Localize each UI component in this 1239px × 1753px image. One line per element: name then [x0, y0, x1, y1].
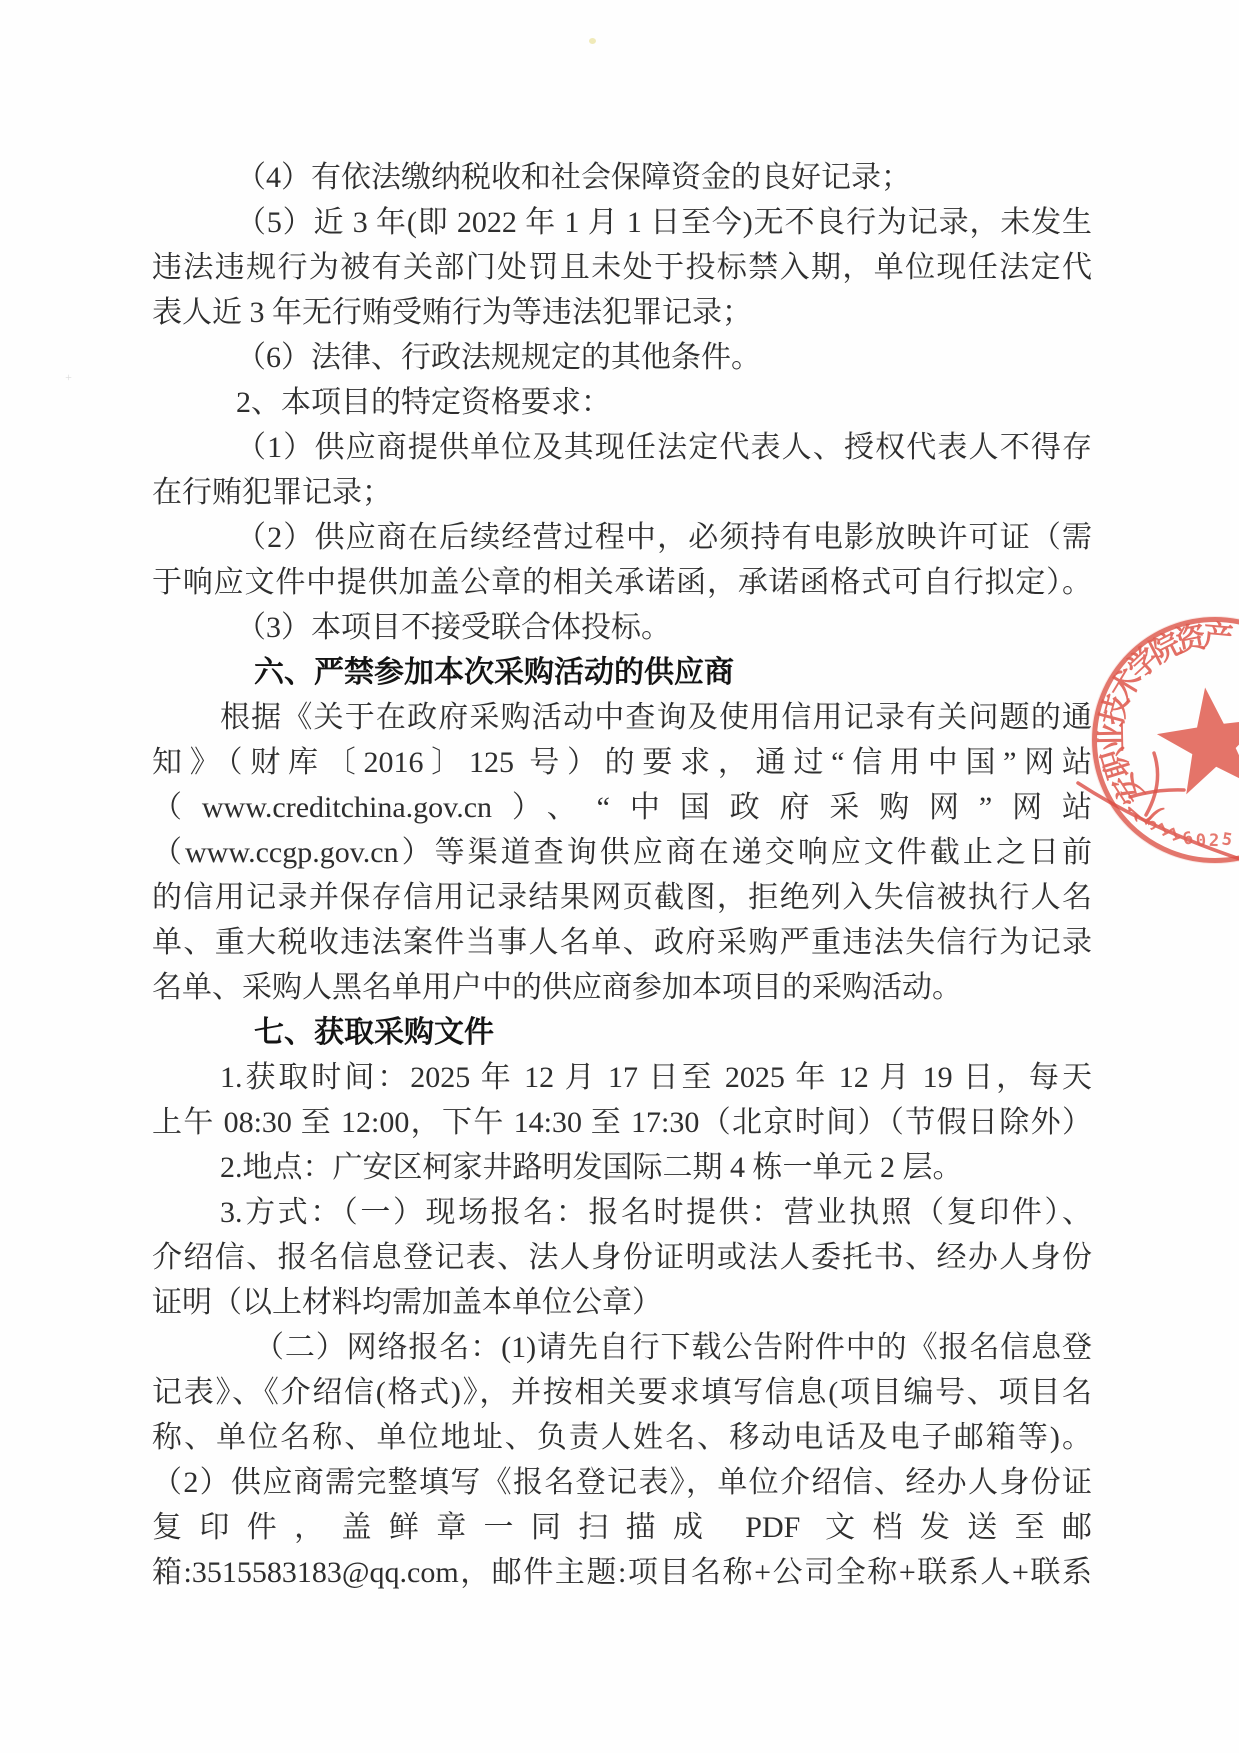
seal-arc-char: 术: [1106, 664, 1147, 705]
seal-arc-char: 安: [1108, 767, 1149, 808]
scan-artifact-dot: [589, 38, 596, 44]
seal-arc-char: 技: [1098, 692, 1135, 729]
doc-line: 复印件，盖鲜章一同扫描成 PDF 文档发送至邮: [152, 1505, 1092, 1550]
doc-line: 2、本项目的特定资格要求：: [152, 380, 1092, 425]
doc-line: 介绍信、报名信息登记表、法人身份证明或法人委托书、经办人身份: [152, 1235, 1092, 1280]
doc-line: （1）供应商提供单位及其现任法定代表人、授权代表人不得存: [152, 425, 1092, 470]
doc-line: 单、重大税收违法案件当事人名单、政府采购严重违法失信行为记录: [152, 920, 1092, 965]
seal-ring-icon: [1092, 617, 1239, 863]
doc-line: 记表》、《介绍信(格式)》，并按相关要求填写信息(项目编号、项目名: [152, 1370, 1092, 1415]
doc-line: （二）网络报名：(1)请先自行下载公告附件中的《报名信息登: [152, 1325, 1092, 1370]
doc-line: （3）本项目不接受联合体投标。: [152, 605, 1092, 650]
seal-arc-char: 产: [1202, 622, 1235, 655]
seal-serial-digit: 5: [1141, 813, 1163, 836]
section-heading-7: 七、获取采购文件: [152, 1010, 1092, 1055]
doc-line: 上午 08:30 至 12:00，下午 14:30 至 17:30（北京时间）（…: [152, 1100, 1092, 1145]
doc-line: （2）供应商需完整填写《报名登记表》，单位介绍信、经办人身份证: [152, 1460, 1092, 1505]
doc-line: （2）供应商在后续经营过程中，必须持有电影放映许可证（需: [152, 515, 1092, 560]
seal-arc-char: 广: [1125, 787, 1167, 829]
seal-serial-digit: 5: [1218, 830, 1235, 850]
seal-serial-digit: 2: [1206, 832, 1221, 850]
doc-line: 违法违规行为被有关部门处罚且未处于投标禁入期，单位现任法定代: [152, 245, 1092, 290]
doc-line: （5）近 3 年(即 2022 年 1 月 1 日至今)无不良行为记录，未发生: [152, 200, 1092, 245]
doc-line: 证明（以上材料均需加盖本单位公章）: [152, 1280, 1092, 1325]
doc-line: 名单、采购人黑名单用户中的供应商参加本项目的采购活动。: [152, 965, 1092, 1010]
doc-line: 根据《关于在政府采购活动中查询及使用信用记录有关问题的通: [152, 695, 1092, 740]
doc-line: （www.ccgp.gov.cn）等渠道查询供应商在递交响应文件截止之日前: [152, 830, 1092, 875]
document-page: （4）有依法缴纳税收和社会保障资金的良好记录； （5）近 3 年(即 2022 …: [0, 0, 1239, 1753]
section-heading-6: 六、严禁参加本次采购活动的供应商: [152, 650, 1092, 695]
doc-line: 于响应文件中提供加盖公章的相关承诺函，承诺函格式可自行拟定）。: [152, 560, 1092, 605]
seal-arc-char: 资: [1174, 622, 1209, 657]
seal-arc-char: 职: [1099, 745, 1136, 782]
doc-line: 表人近 3 年无行贿受贿行为等违法犯罪记录；: [152, 290, 1092, 335]
seal-serial-digit: 0: [1193, 831, 1209, 850]
doc-line: （4）有依法缴纳税收和社会保障资金的良好记录；: [152, 155, 1092, 200]
doc-line: 3.方式：（一）现场报名：报名时提供：营业执照（复印件）、: [152, 1190, 1092, 1235]
document-text-block: （4）有依法缴纳税收和社会保障资金的良好记录； （5）近 3 年(即 2022 …: [152, 155, 1092, 1595]
doc-line: 的信用记录并保存信用记录结果网页截图，拒绝列入失信被执行人名: [152, 875, 1092, 920]
doc-line: 在行贿犯罪记录；: [152, 470, 1092, 515]
doc-line: 知》（财库〔2016〕125 号）的要求，通过“信用中国”网站: [152, 740, 1092, 785]
seal-arc-char: 业: [1098, 721, 1129, 752]
doc-line: 2.地点：广安区柯家井路明发国际二期 4 栋一单元 2 层。: [152, 1145, 1092, 1190]
seal-serial-digit: 1: [1153, 819, 1173, 841]
seal-arc-char: 院: [1146, 628, 1186, 668]
signature-stroke-icon: [1078, 753, 1239, 863]
doc-line: （6）法律、行政法规规定的其他条件。: [152, 335, 1092, 380]
seal-arc-char: 学: [1123, 643, 1165, 685]
scan-artifact-cross: +: [64, 371, 73, 384]
doc-line: （www.creditchina.gov.cn）、“中国政府采购网”网站: [152, 785, 1092, 830]
doc-line: 1.获取时间：2025 年 12 月 17 日至 2025 年 12 月 19 …: [152, 1055, 1092, 1100]
seal-serial-digit: 6: [1179, 828, 1196, 849]
doc-line: 箱:3515583183@qq.com，邮件主题:项目名称+公司全称+联系人+联…: [152, 1550, 1092, 1595]
doc-line: 称、单位名称、单位地址、负责人姓名、移动电话及电子邮箱等)。: [152, 1415, 1092, 1460]
seal-serial-digit: 1: [1166, 824, 1185, 846]
